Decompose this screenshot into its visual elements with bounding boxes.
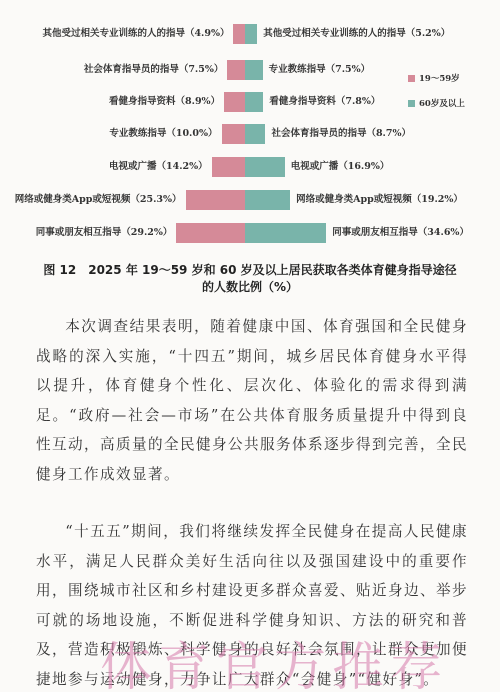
bar-label-right: 看健身指导资料（7.8%）: [269, 92, 380, 112]
bar-60-plus: [245, 92, 263, 112]
chart-row: 其他受过相关专业训练的人的指导（4.9%）其他受过相关专业训练的人的指导（5.2…: [0, 24, 500, 44]
bar-label-left: 看健身指导资料（8.9%）: [109, 92, 220, 112]
bar-60-plus: [245, 190, 290, 210]
bar-label-right: 其他受过相关专业训练的人的指导（5.2%）: [263, 24, 450, 44]
bar-19-59: [227, 60, 245, 80]
bar-60-plus: [245, 223, 326, 243]
paragraph-text: 本次调查结果表明，随着健康中国、体育强国和全民健身战略的深入实施，“十四五”期间…: [36, 312, 468, 489]
bar-60-plus: [245, 60, 263, 80]
chart-row: 网络或健身类App或短视频（25.3%）网络或健身类App或短视频（19.2%）: [0, 190, 500, 210]
bar-19-59: [212, 157, 245, 177]
bar-19-59: [222, 124, 246, 144]
bar-19-59: [176, 223, 245, 243]
bar-label-left: 专业教练指导（10.0%）: [109, 124, 217, 144]
chart-row: 专业教练指导（10.0%）社会体育指导员的指导（8.7%）: [0, 124, 500, 144]
bar-label-left: 其他受过相关专业训练的人的指导（4.9%）: [42, 24, 229, 44]
bar-label-right: 专业教练指导（7.5%）: [269, 60, 371, 80]
legend-swatch-teal: [408, 100, 415, 107]
figure-caption: 图 12 2025 年 19～59 岁和 60 岁及以上居民获取各类体育健身指导…: [20, 262, 480, 296]
bar-label-left: 电视或广播（14.2%）: [109, 157, 208, 177]
bar-19-59: [233, 24, 245, 44]
legend-item-60plus: 60岁及以上: [408, 97, 465, 109]
caption-line-2: 的人数比例（%）: [20, 279, 480, 296]
bar-60-plus: [245, 24, 257, 44]
bar-label-right: 电视或广播（16.9%）: [291, 157, 390, 177]
bar-label-left: 网络或健身类App或短视频（25.3%）: [15, 190, 182, 210]
butterfly-bar-chart: 其他受过相关专业训练的人的指导（4.9%）其他受过相关专业训练的人的指导（5.2…: [0, 0, 500, 250]
body-paragraph-2: “十五五”期间，我们将继续发挥全民健身在提高人民健康水平，满足人民群众美好生活向…: [36, 517, 468, 692]
chart-row: 同事或朋友相互指导（29.2%）同事或朋友相互指导（34.6%）: [0, 223, 500, 243]
caption-line-1: 图 12 2025 年 19～59 岁和 60 岁及以上居民获取各类体育健身指导…: [20, 262, 480, 279]
body-paragraph-1: 本次调查结果表明，随着健康中国、体育强国和全民健身战略的深入实施，“十四五”期间…: [36, 312, 468, 489]
bar-label-right: 同事或朋友相互指导（34.6%）: [332, 223, 469, 243]
bar-19-59: [186, 190, 245, 210]
paragraph-text: “十五五”期间，我们将继续发挥全民健身在提高人民健康水平，满足人民群众美好生活向…: [36, 517, 468, 692]
bar-60-plus: [245, 124, 265, 144]
legend-label: 19～59岁: [419, 72, 460, 84]
bar-19-59: [224, 92, 245, 112]
chart-row: 电视或广播（14.2%）电视或广播（16.9%）: [0, 157, 500, 177]
bar-label-left: 同事或朋友相互指导（29.2%）: [36, 223, 173, 243]
bar-label-right: 网络或健身类App或短视频（19.2%）: [296, 190, 463, 210]
legend-label: 60岁及以上: [419, 97, 465, 109]
legend-item-19-59: 19～59岁: [408, 72, 460, 84]
bar-label-right: 社会体育指导员的指导（8.7%）: [271, 124, 411, 144]
legend-swatch-pink: [408, 75, 415, 82]
bar-label-left: 社会体育指导员的指导（7.5%）: [84, 60, 224, 80]
bar-60-plus: [245, 157, 285, 177]
